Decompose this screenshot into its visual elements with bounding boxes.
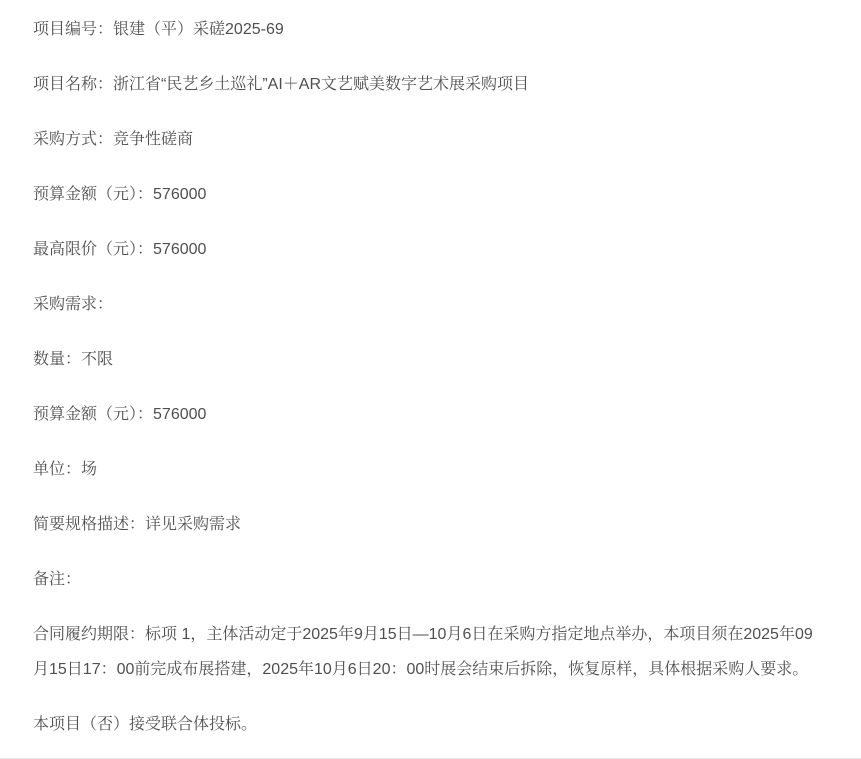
field-project-number-value: 银建（平）采磋2025-69 (113, 21, 284, 38)
field-budget-amount: 预算金额（元）：576000 (33, 177, 828, 212)
field-procurement-method-label: 采购方式： (33, 131, 113, 148)
field-procurement-method-value: 竞争性磋商 (113, 131, 193, 148)
field-quantity: 数量：不限 (33, 342, 828, 377)
field-joint-bidding-value: 本项目（否）接受联合体投标。 (33, 716, 257, 733)
field-item-budget-amount: 预算金额（元）：576000 (33, 397, 828, 432)
field-unit-label: 单位： (33, 461, 81, 478)
field-brief-spec: 简要规格描述：详见采购需求 (33, 507, 828, 542)
field-project-number-label: 项目编号： (33, 21, 113, 38)
field-contract-period: 合同履约期限：标项 1，主体活动定于2025年9月15日—10月6日在采购方指定… (33, 617, 828, 687)
field-contract-period-label: 合同履约期限： (33, 626, 145, 643)
field-project-name-label: 项目名称： (33, 76, 113, 93)
field-budget-amount-label: 预算金额（元）： (33, 186, 153, 203)
field-quantity-value: 不限 (81, 351, 113, 368)
field-project-name: 项目名称：浙江省“民艺乡土巡礼”AI＋AR文艺赋美数字艺术展采购项目 (33, 67, 828, 102)
field-item-budget-amount-value: 576000 (153, 406, 206, 423)
field-item-budget-amount-label: 预算金额（元）： (33, 406, 153, 423)
field-unit: 单位：场 (33, 452, 828, 487)
field-remarks: 备注： (33, 562, 828, 597)
field-max-price-limit-value: 576000 (153, 241, 206, 258)
field-brief-spec-label: 简要规格描述： (33, 516, 145, 533)
field-joint-bidding: 本项目（否）接受联合体投标。 (33, 707, 828, 742)
field-brief-spec-value: 详见采购需求 (145, 516, 241, 533)
procurement-detail-document: 项目编号：银建（平）采磋2025-69 项目名称：浙江省“民艺乡土巡礼”AI＋A… (0, 0, 861, 759)
field-project-number: 项目编号：银建（平）采磋2025-69 (33, 12, 828, 47)
field-remarks-label: 备注： (33, 571, 81, 588)
field-unit-value: 场 (81, 461, 97, 478)
field-quantity-label: 数量： (33, 351, 81, 368)
field-procurement-demand-label: 采购需求： (33, 296, 113, 313)
field-max-price-limit-label: 最高限价（元）： (33, 241, 153, 258)
field-contract-period-value: 标项 1，主体活动定于2025年9月15日—10月6日在采购方指定地点举办，本项… (33, 626, 813, 678)
field-project-name-value: 浙江省“民艺乡土巡礼”AI＋AR文艺赋美数字艺术展采购项目 (113, 76, 529, 93)
field-procurement-method: 采购方式：竞争性磋商 (33, 122, 828, 157)
field-budget-amount-value: 576000 (153, 186, 206, 203)
field-procurement-demand: 采购需求： (33, 287, 828, 322)
field-max-price-limit: 最高限价（元）：576000 (33, 232, 828, 267)
